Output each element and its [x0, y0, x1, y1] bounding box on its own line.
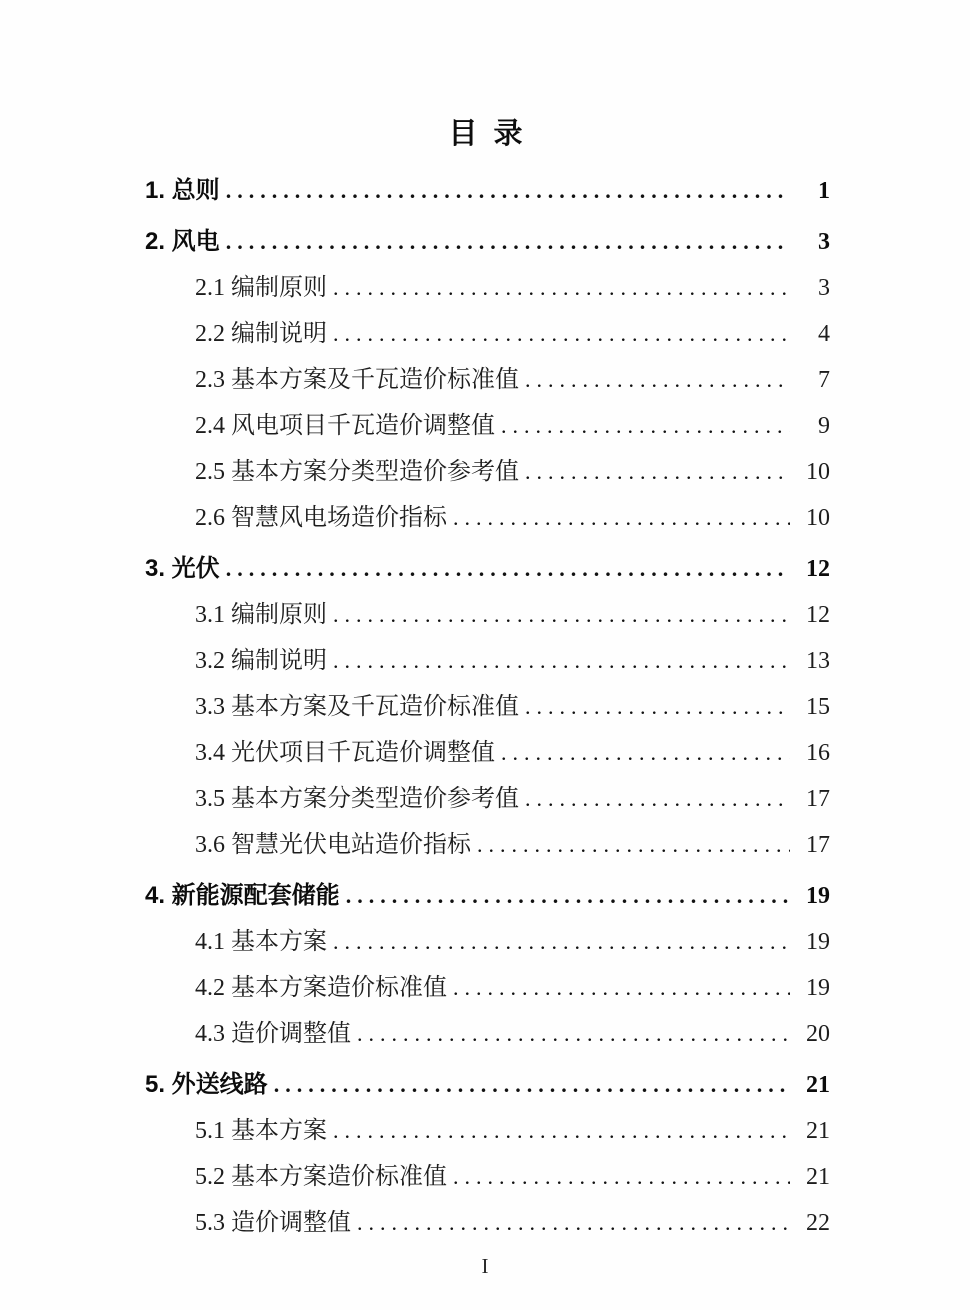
toc-row[interactable]: 5.1 基本方案21 [145, 1108, 830, 1154]
toc-entry-label: 4.1 基本方案 [195, 919, 327, 965]
toc-leader-dots [333, 638, 790, 687]
toc-entry-page-number: 13 [796, 638, 830, 684]
toc-row[interactable]: 5.2 基本方案造价标准值21 [145, 1154, 830, 1200]
toc-leader-dots [357, 1011, 790, 1060]
toc-entry-page-number: 21 [796, 1154, 830, 1200]
toc-content: 目 录 1. 总则12. 风电32.1 编制原则32.2 编制说明42.3 基本… [145, 116, 830, 1246]
toc-leader-dots [333, 311, 790, 360]
page-title: 目 录 [145, 116, 830, 152]
toc-entry-page-number: 19 [796, 965, 830, 1011]
toc-leader-dots [453, 495, 790, 544]
toc-entry-page-number: 3 [796, 219, 830, 265]
toc-entry-label: 3.6 智慧光伏电站造价指标 [195, 822, 471, 868]
toc-leader-dots [274, 1062, 790, 1111]
toc-leader-dots [226, 168, 790, 217]
toc-entry-page-number: 4 [796, 311, 830, 357]
toc-row[interactable]: 5. 外送线路21 [145, 1062, 830, 1108]
toc-row[interactable]: 4.3 造价调整值20 [145, 1011, 830, 1057]
toc-row[interactable]: 1. 总则1 [145, 168, 830, 214]
toc-row[interactable]: 2.4 风电项目千瓦造价调整值9 [145, 403, 830, 449]
toc-leader-dots [333, 1108, 790, 1157]
toc-entry-label: 2.1 编制原则 [195, 265, 327, 311]
toc-entry-page-number: 9 [796, 403, 830, 449]
toc-entry-label: 4.2 基本方案造价标准值 [195, 965, 447, 1011]
toc-row[interactable]: 4.2 基本方案造价标准值19 [145, 965, 830, 1011]
toc-row[interactable]: 3.3 基本方案及千瓦造价标准值15 [145, 684, 830, 730]
toc-entry-page-number: 7 [796, 357, 830, 403]
toc-leader-dots [333, 919, 790, 968]
toc-row[interactable]: 2.3 基本方案及千瓦造价标准值7 [145, 357, 830, 403]
toc-entry-label: 3.4 光伏项目千瓦造价调整值 [195, 730, 495, 776]
toc-entry-label: 2.4 风电项目千瓦造价调整值 [195, 403, 495, 449]
toc-leader-dots [453, 1154, 790, 1203]
toc-row[interactable]: 3.1 编制原则12 [145, 592, 830, 638]
toc-entry-label: 4.3 造价调整值 [195, 1011, 351, 1057]
document-page: 目 录 1. 总则12. 风电32.1 编制原则32.2 编制说明42.3 基本… [0, 0, 970, 1310]
toc-entry-label: 2.5 基本方案分类型造价参考值 [195, 449, 519, 495]
toc-row[interactable]: 3.6 智慧光伏电站造价指标17 [145, 822, 830, 868]
toc-entry-label: 3.5 基本方案分类型造价参考值 [195, 776, 519, 822]
toc-entry-page-number: 21 [796, 1108, 830, 1154]
toc-leader-dots [525, 776, 790, 825]
toc-leader-dots [346, 873, 790, 922]
toc-row[interactable]: 5.3 造价调整值22 [145, 1200, 830, 1246]
toc-entry-label: 2. 风电 [145, 219, 220, 265]
toc-leader-dots [501, 403, 790, 452]
toc-leader-dots [453, 965, 790, 1014]
toc-leader-dots [477, 822, 790, 871]
toc-row[interactable]: 2.1 编制原则3 [145, 265, 830, 311]
toc-entry-label: 5.1 基本方案 [195, 1108, 327, 1154]
toc-entry-label: 4. 新能源配套储能 [145, 873, 340, 919]
toc-row[interactable]: 3.5 基本方案分类型造价参考值17 [145, 776, 830, 822]
toc-leader-dots [333, 265, 790, 314]
toc-entry-page-number: 10 [796, 495, 830, 541]
toc-entry-label: 2.3 基本方案及千瓦造价标准值 [195, 357, 519, 403]
toc-entry-label: 2.6 智慧风电场造价指标 [195, 495, 447, 541]
toc-entry-page-number: 22 [796, 1200, 830, 1246]
toc-entry-label: 2.2 编制说明 [195, 311, 327, 357]
toc-entry-page-number: 20 [796, 1011, 830, 1057]
toc-entry-page-number: 16 [796, 730, 830, 776]
toc-entry-label: 5.3 造价调整值 [195, 1200, 351, 1246]
toc-leader-dots [525, 449, 790, 498]
toc-entry-label: 1. 总则 [145, 168, 220, 214]
toc-entry-page-number: 21 [796, 1062, 830, 1108]
toc-leader-dots [501, 730, 790, 779]
toc-entry-page-number: 15 [796, 684, 830, 730]
toc-entry-label: 3. 光伏 [145, 546, 220, 592]
toc-entry-label: 3.1 编制原则 [195, 592, 327, 638]
toc-entry-page-number: 12 [796, 592, 830, 638]
toc-row[interactable]: 2.5 基本方案分类型造价参考值10 [145, 449, 830, 495]
toc-row[interactable]: 3. 光伏12 [145, 546, 830, 592]
toc-entry-label: 3.3 基本方案及千瓦造价标准值 [195, 684, 519, 730]
toc-entry-page-number: 17 [796, 822, 830, 868]
toc-row[interactable]: 2. 风电3 [145, 219, 830, 265]
toc-row[interactable]: 3.2 编制说明13 [145, 638, 830, 684]
toc-row[interactable]: 4. 新能源配套储能19 [145, 873, 830, 919]
toc-entry-label: 3.2 编制说明 [195, 638, 327, 684]
toc-leader-dots [226, 546, 790, 595]
toc-entry-page-number: 19 [796, 873, 830, 919]
toc-leader-dots [525, 684, 790, 733]
toc-leader-dots [357, 1200, 790, 1249]
toc-entry-label: 5. 外送线路 [145, 1062, 268, 1108]
toc-entry-page-number: 1 [796, 168, 830, 214]
toc-entry-page-number: 17 [796, 776, 830, 822]
toc-entry-label: 5.2 基本方案造价标准值 [195, 1154, 447, 1200]
toc-leader-dots [226, 219, 790, 268]
toc-entry-page-number: 10 [796, 449, 830, 495]
toc-leader-dots [525, 357, 790, 406]
toc-row[interactable]: 2.6 智慧风电场造价指标10 [145, 495, 830, 541]
toc-row[interactable]: 2.2 编制说明4 [145, 311, 830, 357]
toc-list: 1. 总则12. 风电32.1 编制原则32.2 编制说明42.3 基本方案及千… [145, 168, 830, 1246]
toc-entry-page-number: 3 [796, 265, 830, 311]
toc-entry-page-number: 19 [796, 919, 830, 965]
footer-page-number: I [0, 1254, 970, 1279]
toc-row[interactable]: 4.1 基本方案19 [145, 919, 830, 965]
toc-row[interactable]: 3.4 光伏项目千瓦造价调整值16 [145, 730, 830, 776]
toc-leader-dots [333, 592, 790, 641]
toc-entry-page-number: 12 [796, 546, 830, 592]
